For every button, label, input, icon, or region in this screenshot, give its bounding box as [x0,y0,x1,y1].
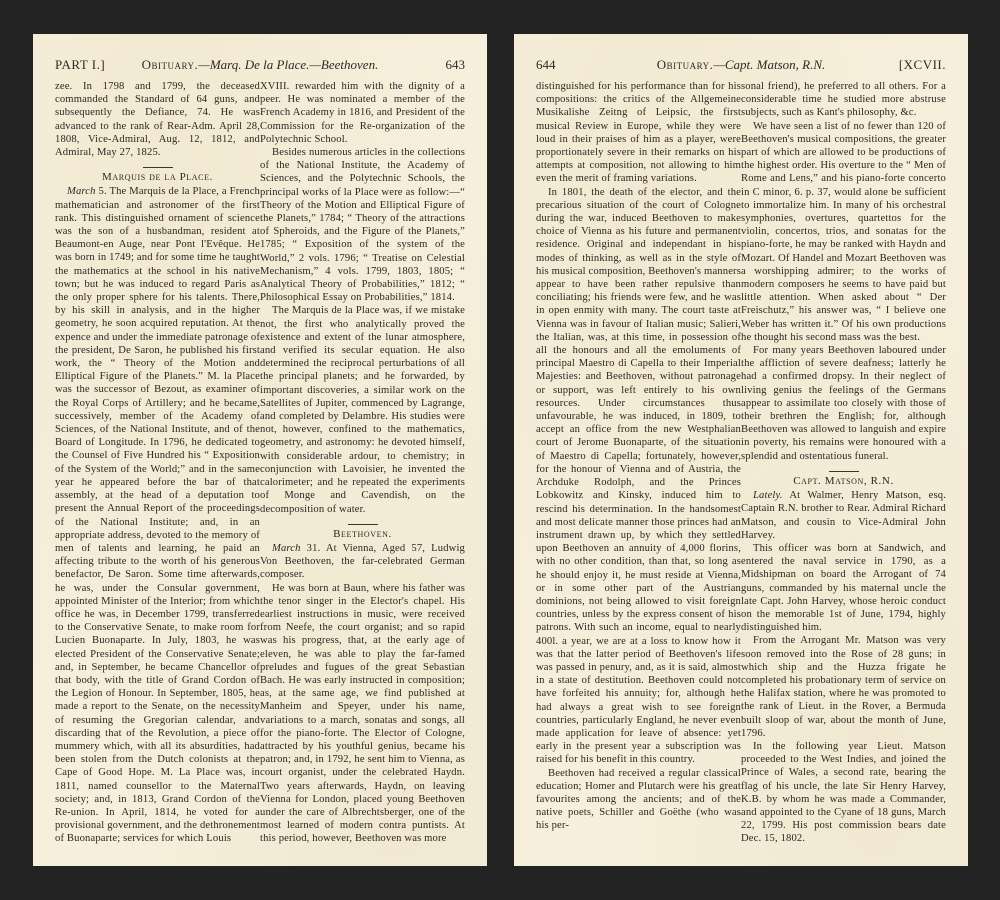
title-subjects: —Marq. De la Place.—Beethoven. [198,57,378,72]
paragraph: The Marquis de la Place was, if we mista… [260,304,465,515]
paragraph: Besides numerous articles in the collect… [260,146,465,304]
paragraph: In 1801, the death of the elector, and t… [536,186,741,767]
text-columns: zee. In 1798 and 1799, the deceased comm… [55,80,465,846]
title-obituary: Obituary. [657,57,714,72]
heading-beethoven: Beethoven. [260,528,465,541]
page-title: Obituary.—Capt. Matson, R.N. [536,56,946,74]
paragraph: Lately. At Walmer, Henry Matson, esq. Ca… [741,489,946,542]
paragraph-text: 5. The Marquis de la Place, a French mat… [55,186,260,844]
title-subjects: —Capt. Matson, R.N. [713,57,825,72]
column-right: XVIII. rewarded him with the dignity of … [260,80,465,846]
heading-capt-matson: Capt. Matson, R.N. [741,475,946,488]
paragraph: In the following year Lieut. Matson proc… [741,740,946,846]
paragraph: From the Arrogant Mr. Matson was very so… [741,634,946,740]
column-left: zee. In 1798 and 1799, the deceased comm… [55,80,260,846]
date-lead: March [272,543,301,554]
left-page-643: PART I.] Obituary.—Marq. De la Place.—Be… [33,34,487,866]
column-left: distinguished for his performance than f… [536,80,741,846]
section-divider [829,471,859,472]
paragraph: March 5. The Marquis de la Place, a Fren… [55,185,260,845]
page-title: Obituary.—Marq. De la Place.—Beethoven. [55,56,465,74]
volume-label: [XCVII. [899,56,946,74]
paragraph: XVIII. rewarded him with the dignity of … [260,80,465,146]
paragraph: sonal friend), he preferred to all other… [741,80,946,120]
paragraph: He was born at Baun, where his father wa… [260,582,465,846]
section-divider [143,167,173,168]
text-columns: distinguished for his performance than f… [536,80,946,846]
paragraph: This officer was born at Sandwich, and e… [741,542,946,634]
date-lead: Lately. [753,490,783,501]
paragraph: For many years Beethoven laboured under … [741,344,946,463]
paragraph: We have seen a list of no fewer than 120… [741,120,946,344]
paragraph: March 31. At Vienna, Aged 57, Ludwig Von… [260,542,465,582]
column-right: sonal friend), he preferred to all other… [741,80,946,846]
right-page-644: 644 Obituary.—Capt. Matson, R.N. [XCVII.… [514,34,968,866]
running-head: PART I.] Obituary.—Marq. De la Place.—Be… [55,56,465,74]
paragraph: Beethoven had received a regular classic… [536,767,741,833]
date-lead: March [67,186,96,197]
running-head: 644 Obituary.—Capt. Matson, R.N. [XCVII. [536,56,946,74]
paragraph: zee. In 1798 and 1799, the deceased comm… [55,80,260,159]
paragraph: distinguished for his performance than f… [536,80,741,186]
heading-marquis-de-la-place: Marquis de la Place. [55,171,260,184]
section-divider [348,524,378,525]
title-obituary: Obituary. [142,57,199,72]
page-number: 643 [446,56,466,74]
